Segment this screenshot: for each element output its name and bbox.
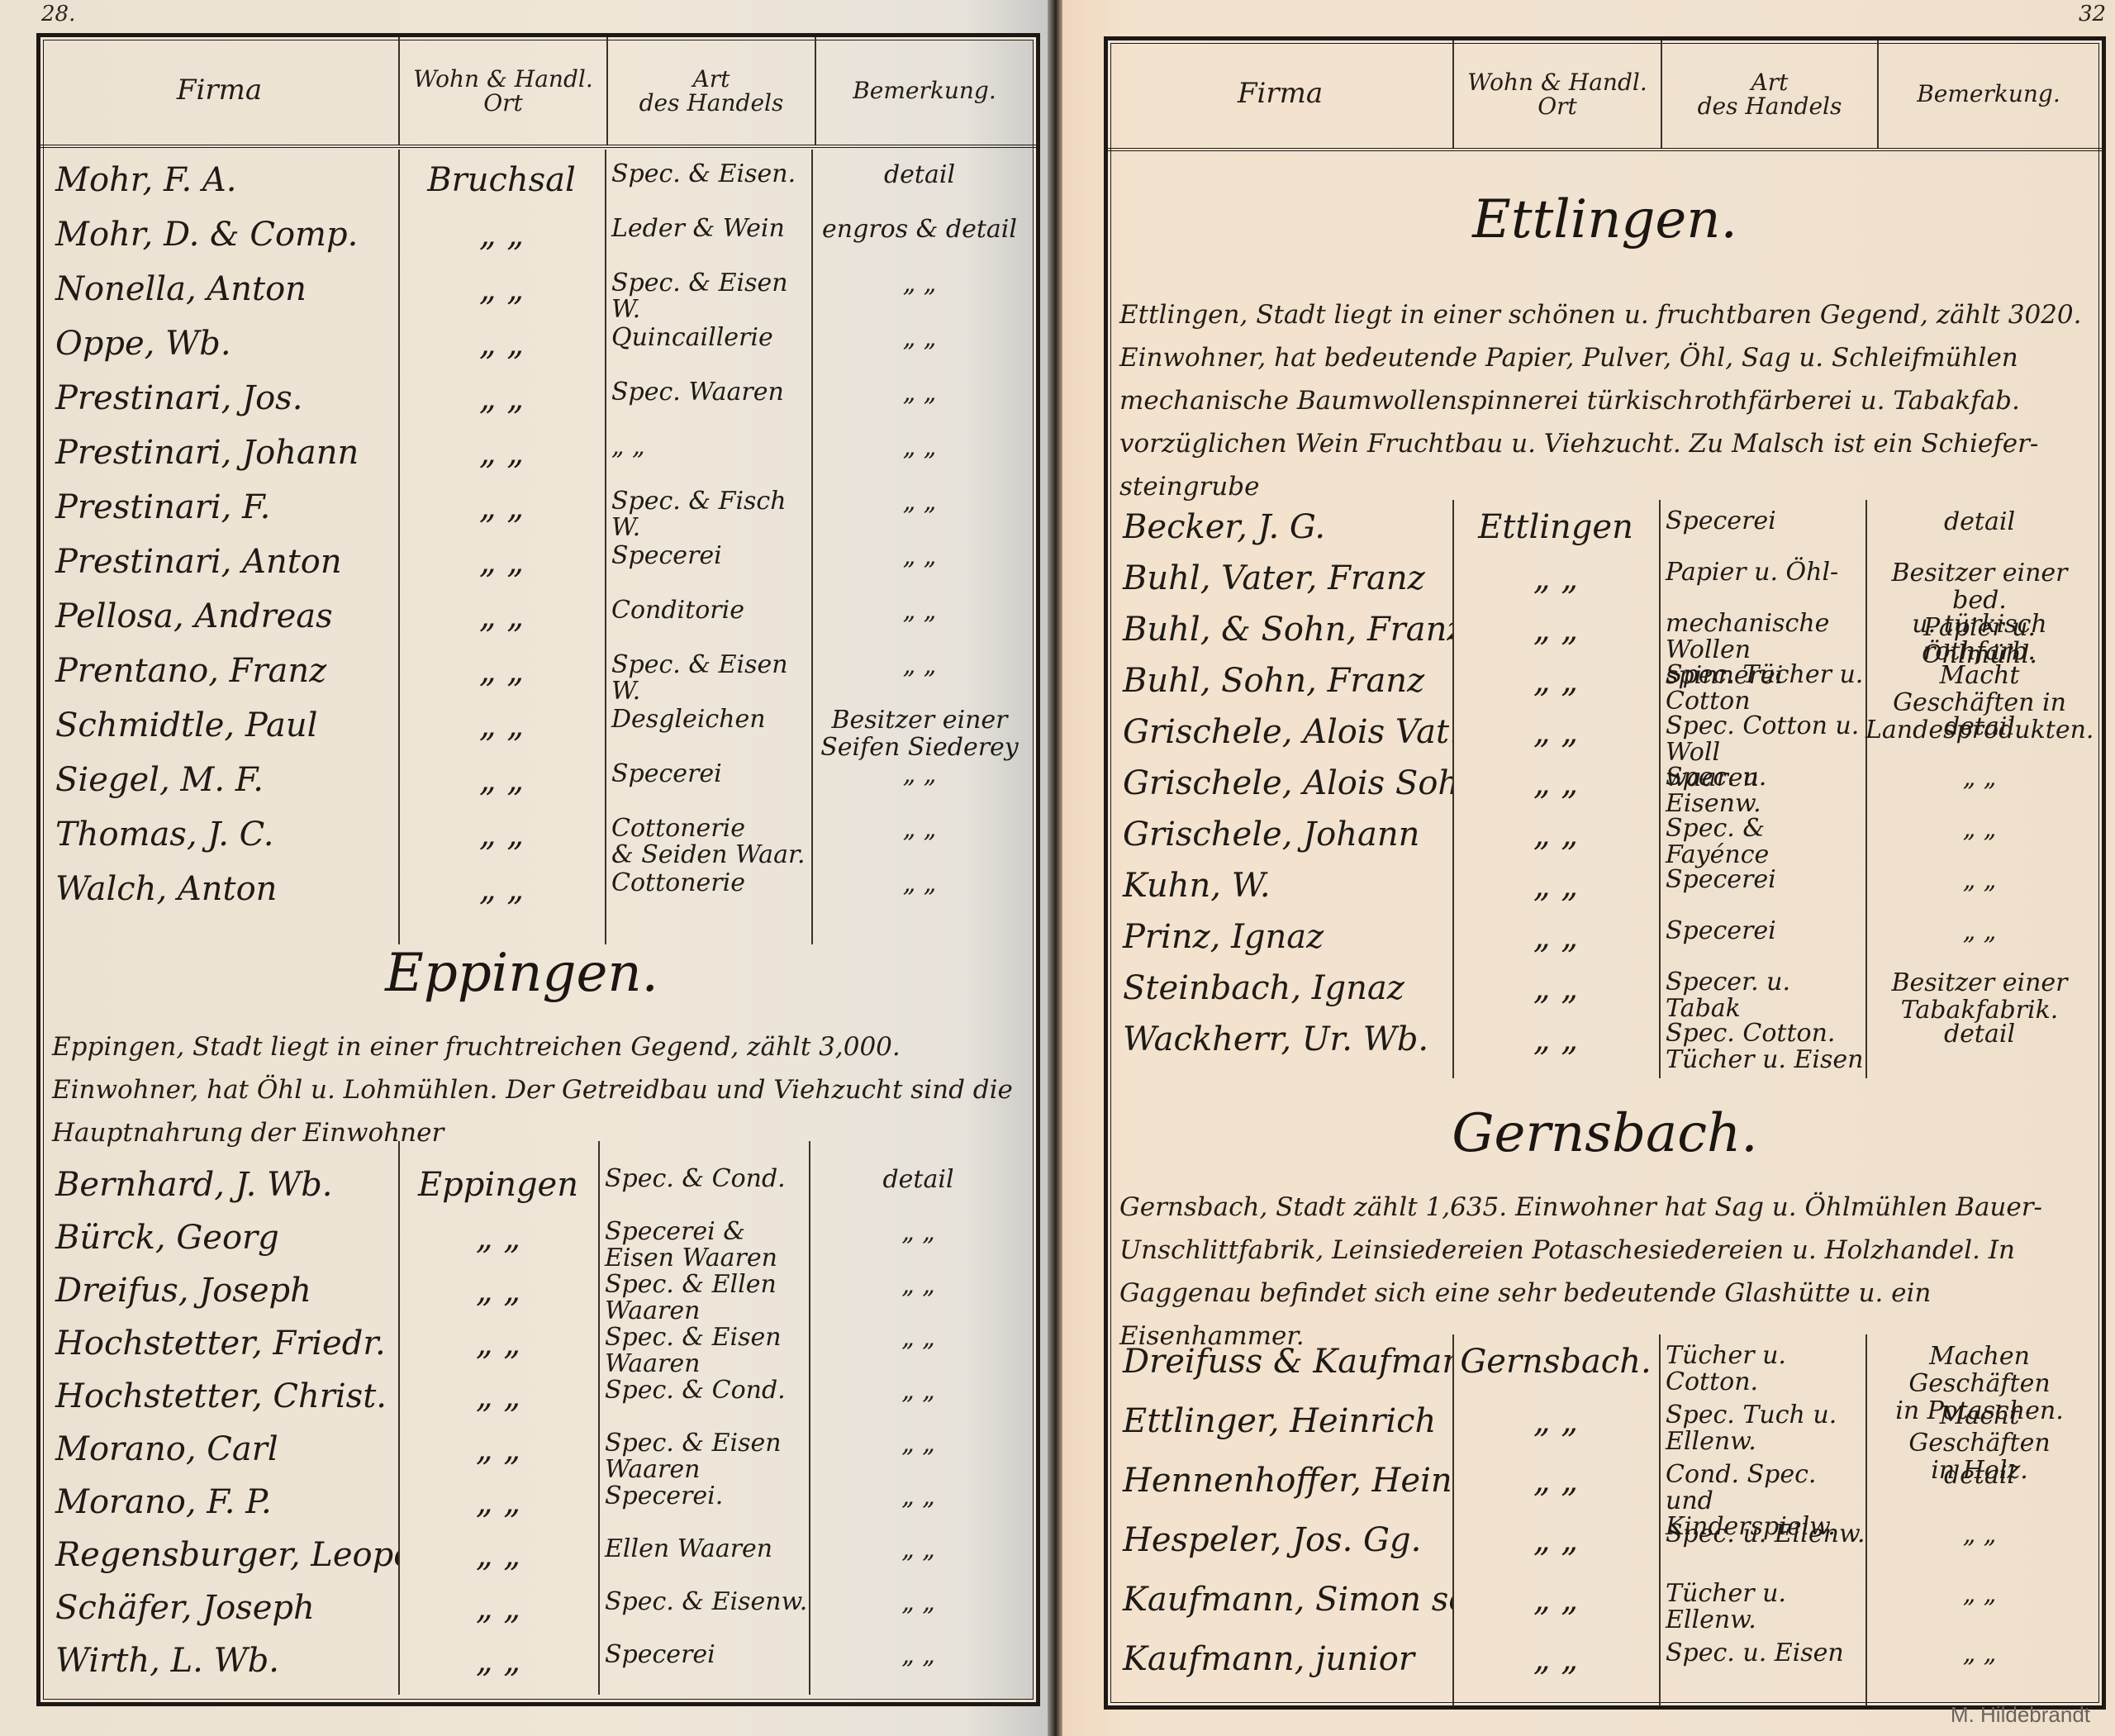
- trade-type: Specerei & Eisen Waaren: [598, 1219, 809, 1271]
- firm-name: Thomas, J. C.: [40, 816, 398, 854]
- firm-name: Kuhn, W.: [1108, 867, 1452, 905]
- table-row: Prestinari, F.„ „Spec. & Fisch W.„ „: [40, 488, 1036, 540]
- trade-location: „ „: [398, 761, 605, 799]
- table-row: Kuhn, W.„ „Specerei„ „: [1108, 867, 2102, 905]
- trade-type: Spec. & Cond.: [598, 1377, 809, 1404]
- book-gutter: [1048, 0, 1062, 1736]
- table-row: Wackherr, Ur. Wb.„ „Spec. Cotton. Tücher…: [1108, 1020, 2102, 1073]
- firm-name: Grischele, Alois Sohn: [1108, 764, 1452, 802]
- table-row: Regensburger, Leopold„ „Ellen Waaren„ „: [40, 1536, 1036, 1574]
- remark: „ „: [811, 270, 1028, 297]
- remark: „ „: [811, 434, 1028, 461]
- trade-location: „ „: [398, 1272, 598, 1310]
- remark: „ „: [1865, 867, 2094, 894]
- table-row: Prestinari, Johann„ „„ „„ „: [40, 434, 1036, 472]
- trade-type: Spec. Tuch u. Ellenw.: [1659, 1402, 1865, 1454]
- city-title-ettlingen: Ettlingen.: [1108, 189, 2102, 250]
- remark: „ „: [1865, 764, 2094, 792]
- trade-location: „ „: [398, 816, 605, 854]
- firm-name: Grischele, Alois Vat.: [1108, 713, 1452, 751]
- trade-type: Specerei: [1659, 918, 1865, 944]
- table-row: Siegel, M. F.„ „Specerei„ „: [40, 761, 1036, 799]
- trade-type: Spec. Waaren: [605, 379, 811, 406]
- trade-location: „ „: [1452, 1640, 1659, 1678]
- trade-type: Specerei: [605, 761, 811, 787]
- firm-name: Ettlinger, Heinrich: [1108, 1402, 1452, 1440]
- trade-location: „ „: [1452, 969, 1659, 1007]
- firm-name: Schäfer, Joseph: [40, 1589, 398, 1627]
- remark: „ „: [809, 1536, 1028, 1563]
- trade-type: Tücher u. Cotton.: [1659, 1343, 1865, 1395]
- firm-name: Kaufmann, Simon sen.: [1108, 1581, 1452, 1619]
- table-row: Bürck, Georg„ „Specerei & Eisen Waaren„ …: [40, 1219, 1036, 1271]
- trade-type: Spec. & Eisenw.: [598, 1589, 809, 1615]
- trade-location: „ „: [398, 1325, 598, 1363]
- table-body-right: Ettlingen. Ettlingen, Stadt liegt in ein…: [1108, 153, 2102, 1705]
- remark: Besitzer einer Tabakfabrik.: [1865, 969, 2094, 1024]
- trade-location: „ „: [398, 379, 605, 417]
- remark: „ „: [809, 1219, 1028, 1246]
- trade-location: Bruchsal: [398, 161, 605, 199]
- trade-type: Spec. & Ellen Waaren: [598, 1272, 809, 1324]
- trade-type: Spec. & Eisen Waaren: [598, 1430, 809, 1482]
- table-row: Mohr, F. A.BruchsalSpec. & Eisen.detail: [40, 161, 1036, 199]
- trade-location: „ „: [398, 1377, 598, 1415]
- trade-location: „ „: [1452, 764, 1659, 802]
- table-header-right: Firma Wohn & Handl.Ort Artdes Handels Be…: [1108, 40, 2102, 151]
- trade-location: „ „: [398, 1536, 598, 1574]
- trade-location: „ „: [398, 1483, 598, 1521]
- firm-name: Bürck, Georg: [40, 1219, 398, 1257]
- trade-location: „ „: [398, 270, 605, 308]
- table-row: Thomas, J. C.„ „Cottonerie & Seiden Waar…: [40, 816, 1036, 868]
- remark: u. türkisch rothfarb.: [1865, 611, 2094, 665]
- trade-type: Specer. u. Tabak: [1659, 969, 1865, 1021]
- trade-type: Cottonerie: [605, 870, 811, 897]
- ledger-table-right: Firma Wohn & Handl.Ort Artdes Handels Be…: [1104, 36, 2106, 1710]
- page-number-left: 28.: [41, 2, 75, 26]
- trade-location: „ „: [398, 1219, 598, 1257]
- firm-name: Walch, Anton: [40, 870, 398, 908]
- remark: „ „: [809, 1325, 1028, 1352]
- table-row: Morano, F. P.„ „Specerei.„ „: [40, 1483, 1036, 1521]
- remark: „ „: [809, 1642, 1028, 1669]
- trade-location: Eppingen: [398, 1166, 598, 1204]
- header-firma: Firma: [1108, 40, 1454, 148]
- trade-type: Cottonerie & Seiden Waar.: [605, 816, 811, 868]
- table-row: Prestinari, Anton„ „Specerei„ „: [40, 543, 1036, 581]
- left-page: 28. Firma Wohn & Handl.Ort Artdes Handel…: [0, 0, 1049, 1736]
- trade-type: Specerei: [1659, 508, 1865, 535]
- table-row: Nonella, Anton„ „Spec. & Eisen W.„ „: [40, 270, 1036, 322]
- trade-location: „ „: [398, 488, 605, 526]
- firm-name: Regensburger, Leopold: [40, 1536, 398, 1574]
- firm-name: Buhl, Sohn, Franz: [1108, 662, 1452, 700]
- trade-location: „ „: [1452, 1521, 1659, 1559]
- remark: „ „: [809, 1272, 1028, 1299]
- table-row: Walch, Anton„ „Cottonerie„ „: [40, 870, 1036, 908]
- trade-location: „ „: [398, 597, 605, 635]
- trade-type: Spec. u. Ellenw.: [1659, 1521, 1865, 1548]
- table-row: Pellosa, Andreas„ „Conditorie„ „: [40, 597, 1036, 635]
- remark: „ „: [811, 543, 1028, 570]
- remark: detail: [1865, 1462, 2094, 1489]
- trade-type: Leder & Wein: [605, 216, 811, 242]
- firm-name: Prinz, Ignaz: [1108, 918, 1452, 956]
- trade-location: Ettlingen: [1452, 508, 1659, 546]
- remark: „ „: [1865, 1640, 2094, 1667]
- table-row: Prestinari, Jos.„ „Spec. Waaren„ „: [40, 379, 1036, 417]
- trade-type: Spec. & Eisen W.: [605, 270, 811, 322]
- firm-name: Buhl, Vater, Franz: [1108, 559, 1452, 597]
- trade-location: Gernsbach.: [1452, 1343, 1659, 1381]
- trade-type: Specerei: [1659, 867, 1865, 893]
- table-row: Oppe, Wb.„ „Quincaillerie„ „: [40, 325, 1036, 363]
- firm-name: Prestinari, Anton: [40, 543, 398, 581]
- table-row: Morano, Carl„ „Spec. & Eisen Waaren„ „: [40, 1430, 1036, 1482]
- remark: „ „: [1865, 1521, 2094, 1548]
- trade-type: Spec. & Fayénce: [1659, 816, 1865, 868]
- city-description-ettlingen: Ettlingen, Stadt liegt in einer schönen …: [1119, 293, 2090, 508]
- firm-name: Grischele, Johann: [1108, 816, 1452, 854]
- trade-location: „ „: [1452, 559, 1659, 597]
- page-number-right: 32: [2079, 2, 2106, 26]
- trade-type: „ „: [605, 434, 811, 460]
- remark: detail: [1865, 713, 2094, 740]
- city-description-eppingen: Eppingen, Stadt liegt in einer fruchtrei…: [52, 1025, 1024, 1154]
- trade-location: „ „: [398, 434, 605, 472]
- trade-location: „ „: [398, 870, 605, 908]
- remark: „ „: [811, 870, 1028, 897]
- table-row: Kaufmann, Simon sen.„ „Tücher u. Ellenw.…: [1108, 1581, 2102, 1633]
- remark: detail: [1865, 1020, 2094, 1048]
- firm-name: Morano, F. P.: [40, 1483, 398, 1521]
- remark: „ „: [1865, 918, 2094, 945]
- remark: Besitzer einer Seifen Siederey: [811, 706, 1028, 761]
- trade-location: „ „: [1452, 816, 1659, 854]
- firm-name: Becker, J. G.: [1108, 508, 1452, 546]
- trade-type: Ellen Waaren: [598, 1536, 809, 1562]
- firm-name: Bernhard, J. Wb.: [40, 1166, 398, 1204]
- trade-type: Spec. & Eisen.: [605, 161, 811, 188]
- header-bemerkung: Bemerkung.: [1879, 40, 2098, 148]
- right-page: 32 Firma Wohn & Handl.Ort Artdes Handels…: [1062, 0, 2115, 1736]
- firm-name: Prestinari, F.: [40, 488, 398, 526]
- firm-name: Buhl, & Sohn, Franz: [1108, 611, 1452, 649]
- remark: „ „: [809, 1483, 1028, 1510]
- trade-type: Papier u. Öhl-: [1659, 559, 1865, 586]
- firm-name: Hennenhoffer, Heinr.: [1108, 1462, 1452, 1500]
- firm-name: Wirth, L. Wb.: [40, 1642, 398, 1680]
- trade-location: „ „: [398, 216, 605, 254]
- table-row: Wirth, L. Wb.„ „Specerei„ „: [40, 1642, 1036, 1680]
- trade-location: „ „: [398, 706, 605, 744]
- table-row: Dreifus, Joseph„ „Spec. & Ellen Waaren„ …: [40, 1272, 1036, 1324]
- city-title-eppingen: Eppingen.: [7, 943, 1036, 1004]
- remark: detail: [1865, 508, 2094, 535]
- firm-name: Dreifuss & Kaufman: [1108, 1343, 1452, 1381]
- firm-name: Prestinari, Johann: [40, 434, 398, 472]
- trade-location: „ „: [1452, 918, 1659, 956]
- remark: „ „: [809, 1589, 1028, 1616]
- firm-name: Siegel, M. F.: [40, 761, 398, 799]
- remark: „ „: [811, 816, 1028, 843]
- trade-type: Spec. & Eisen Waaren: [598, 1325, 809, 1377]
- remark: „ „: [811, 597, 1028, 625]
- header-ort: Wohn & Handl.Ort: [1454, 40, 1662, 148]
- remark: „ „: [811, 652, 1028, 679]
- table-row: Hochstetter, Christ.„ „Spec. & Cond.„ „: [40, 1377, 1036, 1415]
- firm-name: Prentano, Franz: [40, 652, 398, 690]
- remark: detail: [809, 1166, 1028, 1193]
- trade-type: Specerei: [605, 543, 811, 569]
- firm-name: Hespeler, Jos. Gg.: [1108, 1521, 1452, 1559]
- firm-name: Hochstetter, Friedr.: [40, 1325, 398, 1363]
- table-row: Prentano, Franz„ „Spec. & Eisen W.„ „: [40, 652, 1036, 704]
- trade-type: Spec. Tücher u. Cotton: [1659, 662, 1865, 714]
- firm-name: Hochstetter, Christ.: [40, 1377, 398, 1415]
- photographer-credit: M. Hildebrandt: [1951, 1702, 2090, 1728]
- trade-location: „ „: [1452, 713, 1659, 751]
- trade-location: „ „: [398, 1642, 598, 1680]
- table-row: Grischele, Johann„ „Spec. & Fayénce„ „: [1108, 816, 2102, 868]
- trade-location: „ „: [1452, 867, 1659, 905]
- firm-name: Oppe, Wb.: [40, 325, 398, 363]
- remark: „ „: [809, 1430, 1028, 1458]
- trade-type: Spec. Cotton. Tücher u. Eisen: [1659, 1020, 1865, 1073]
- firm-name: Mohr, F. A.: [40, 161, 398, 199]
- trade-type: Spec. & Eisen W.: [605, 652, 811, 704]
- trade-type: Spec. u. Eisen: [1659, 1640, 1865, 1667]
- trade-type: Spec. & Cond.: [598, 1166, 809, 1192]
- table-row: Steinbach, Ignaz„ „Specer. u. TabakBesit…: [1108, 969, 2102, 1024]
- trade-type: Specerei: [598, 1642, 809, 1668]
- firm-name: Pellosa, Andreas: [40, 597, 398, 635]
- remark: „ „: [811, 761, 1028, 788]
- firm-name: Schmidtle, Paul: [40, 706, 398, 744]
- header-ort: Wohn & Handl.Ort: [400, 37, 608, 145]
- trade-location: „ „: [1452, 1462, 1659, 1500]
- trade-location: „ „: [1452, 1581, 1659, 1619]
- firm-name: Nonella, Anton: [40, 270, 398, 308]
- remark: „ „: [811, 325, 1028, 352]
- table-row: Grischele, Alois Sohn„ „Spec. u. Eisenw.…: [1108, 764, 2102, 816]
- trade-location: „ „: [1452, 1020, 1659, 1058]
- trade-location: „ „: [398, 325, 605, 363]
- firm-name: Morano, Carl: [40, 1430, 398, 1468]
- trade-type: Spec. u. Eisenw.: [1659, 764, 1865, 816]
- trade-type: Conditorie: [605, 597, 811, 624]
- trade-location: „ „: [398, 652, 605, 690]
- trade-location: „ „: [398, 1430, 598, 1468]
- table-row: Mohr, D. & Comp.„ „Leder & Weinengros & …: [40, 216, 1036, 254]
- firm-name: Dreifus, Joseph: [40, 1272, 398, 1310]
- header-firma: Firma: [40, 37, 400, 145]
- trade-type: Tücher u. Ellenw.: [1659, 1581, 1865, 1633]
- remark: „ „: [811, 379, 1028, 407]
- table-row: Hespeler, Jos. Gg.„ „Spec. u. Ellenw.„ „: [1108, 1521, 2102, 1559]
- remark: engros & detail: [811, 216, 1028, 243]
- firm-name: Mohr, D. & Comp.: [40, 216, 398, 254]
- table-row: Bernhard, J. Wb.EppingenSpec. & Cond.det…: [40, 1166, 1036, 1204]
- table-row: Prinz, Ignaz„ „Specerei„ „: [1108, 918, 2102, 956]
- city-title-gernsbach: Gernsbach.: [1108, 1103, 2102, 1164]
- trade-location: „ „: [398, 1589, 598, 1627]
- table-row: Schäfer, Joseph„ „Spec. & Eisenw.„ „: [40, 1589, 1036, 1627]
- header-art: Artdes Handels: [608, 37, 816, 145]
- firm-name: Steinbach, Ignaz: [1108, 969, 1452, 1007]
- remark: „ „: [809, 1377, 1028, 1405]
- table-row: Becker, J. G.EttlingenSpecereidetail: [1108, 508, 2102, 546]
- trade-type: Spec. & Fisch W.: [605, 488, 811, 540]
- trade-type: Desgleichen: [605, 706, 811, 733]
- firm-name: Prestinari, Jos.: [40, 379, 398, 417]
- firm-name: Kaufmann, junior: [1108, 1640, 1452, 1678]
- remark: „ „: [1865, 1581, 2094, 1608]
- remark: „ „: [1865, 816, 2094, 843]
- trade-location: „ „: [1452, 1402, 1659, 1440]
- ledger-table-left: Firma Wohn & Handl.Ort Artdes Handels Be…: [36, 33, 1040, 1706]
- remark: „ „: [811, 488, 1028, 516]
- remark: detail: [811, 161, 1028, 188]
- header-art: Artdes Handels: [1662, 40, 1879, 148]
- table-row: Hochstetter, Friedr.„ „Spec. & Eisen Waa…: [40, 1325, 1036, 1377]
- trade-location: „ „: [1452, 611, 1659, 649]
- firm-name: Wackherr, Ur. Wb.: [1108, 1020, 1452, 1058]
- trade-type: Specerei.: [598, 1483, 809, 1510]
- trade-type: Quincaillerie: [605, 325, 811, 351]
- table-header-left: Firma Wohn & Handl.Ort Artdes Handels Be…: [40, 37, 1036, 148]
- table-row: Kaufmann, junior„ „Spec. u. Eisen„ „: [1108, 1640, 2102, 1678]
- table-row: Schmidtle, Paul„ „DesgleichenBesitzer ei…: [40, 706, 1036, 761]
- table-body-left: Mohr, F. A.BruchsalSpec. & Eisen.detailM…: [40, 150, 1036, 1702]
- trade-location: „ „: [398, 543, 605, 581]
- city-description-gernsbach: Gernsbach, Stadt zählt 1,635. Einwohner …: [1119, 1186, 2090, 1358]
- header-bemerkung: Bemerkung.: [816, 37, 1033, 145]
- trade-location: „ „: [1452, 662, 1659, 700]
